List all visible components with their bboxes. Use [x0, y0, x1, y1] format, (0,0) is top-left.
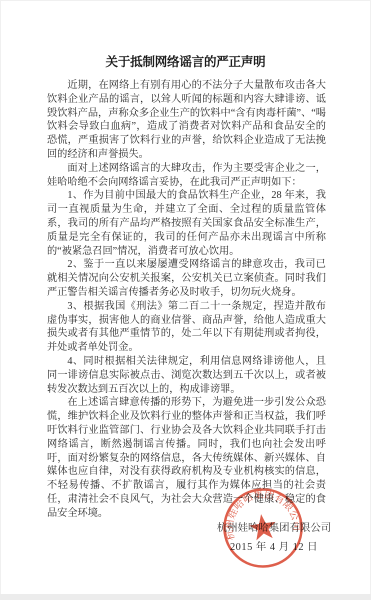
statement-paragraph-declaration: 面对上述网络谣言的大肆攻击，作为主要受害企业之一，娃哈哈绝不会向网络谣言妥协，在…: [47, 162, 326, 190]
statement-paragraph-appeal: 在上述谣言肆意传播的形势下，为避免进一步引发公众恐慌，维护饮料企业及饮料行业的整…: [47, 396, 326, 520]
signature-company: 杭州娃哈哈集团有限公司: [213, 519, 335, 534]
signature-date: 2015 年 4 月 12 日: [213, 538, 335, 553]
document-body: 近期，在网络上有别有用心的不法分子大量散布攻击各大饮料企业产品的谣言，以耸人听闻…: [47, 79, 326, 521]
statement-point-4: 4、同时根据相关法律规定，利用信息网络诽谤他人，且同一诽谤信息实际被点击、浏览次…: [47, 355, 326, 396]
statement-point-1: 1、作为目前中国最大的食品饮料生产企业，28 年来，我司一直视质量为生命，并建立…: [47, 189, 326, 258]
statement-paragraph-intro: 近期，在网络上有别有用心的不法分子大量散布攻击各大饮料企业产品的谣言，以耸人听闻…: [47, 79, 326, 162]
statement-point-3: 3、根据我国《刑法》第二百二十一条规定，捏造并散布虚伪事实，损害他人的商业信誉、…: [47, 300, 326, 355]
signature-block: 杭州娃哈哈集团有限公司 2015 年 4 月 12 日: [213, 519, 335, 553]
document-title: 关于抵制网络谣言的严正声明: [0, 52, 371, 70]
document-page: 关于抵制网络谣言的严正声明 近期，在网络上有别有用心的不法分子大量散布攻击各大饮…: [0, 0, 371, 600]
statement-point-2: 2、鉴于一直以来屡屡遭受网络谣言的肆意攻击，我司已就相关情况向公安机关报案，公安…: [47, 258, 326, 299]
page-bottom-edge: [0, 594, 371, 600]
